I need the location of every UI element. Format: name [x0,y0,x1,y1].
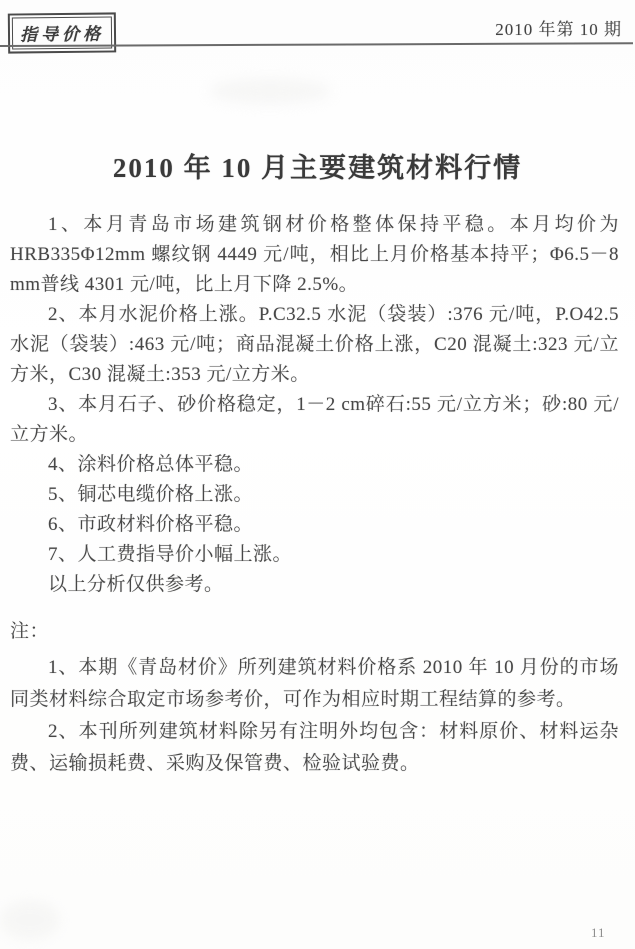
note-item-reference-price: 1、本期《青岛材价》所列建筑材料价格系 2010 年 10 月份的市场同类材料综… [10,652,619,716]
paragraph-gravel-sand: 3、本月石子、砂价格稳定，1－2 cm碎石:55 元/立方米；砂:80 元/立方… [10,390,619,450]
paragraph-cement-prices: 2、本月水泥价格上涨。P.C32.5 水泥（袋装）:376 元/吨，P.O42.… [10,300,619,390]
paragraph-municipal: 6、市政材料价格平稳。 [10,510,619,540]
notes-label: 注： [10,616,619,648]
category-stamp: 指导价格 [8,12,116,53]
notes-section: 注： 1、本期《青岛材价》所列建筑材料价格系 2010 年 10 月份的市场同类… [10,616,619,780]
article-title: 2010 年 10 月主要建筑材料行情 [0,146,635,185]
paragraph-steel-prices: 1、本月青岛市场建筑钢材价格整体保持平稳。本月均价为 HRB335Φ12mm 螺… [10,210,619,300]
note-item-price-contents: 2、本刊所列建筑材料除另有注明外均包含：材料原价、材料运杂费、运输损耗费、采购及… [10,716,619,780]
issue-label: 2010 年第 10 期 [495,15,622,40]
scan-smudge [210,78,330,104]
paragraph-copper-cable: 5、铜芯电缆价格上涨。 [10,480,619,510]
page-number: 11 [591,925,606,941]
paragraph-disclaimer: 以上分析仅供参考。 [10,570,619,600]
article-body: 1、本月青岛市场建筑钢材价格整体保持平稳。本月均价为 HRB335Φ12mm 螺… [10,210,619,600]
paragraph-labor-cost: 7、人工费指导价小幅上涨。 [10,540,619,570]
paragraph-coatings: 4、涂料价格总体平稳。 [10,450,619,480]
document-page: 指导价格 2010 年第 10 期 2010 年 10 月主要建筑材料行情 1、… [0,0,635,949]
scan-smudge [0,900,60,940]
